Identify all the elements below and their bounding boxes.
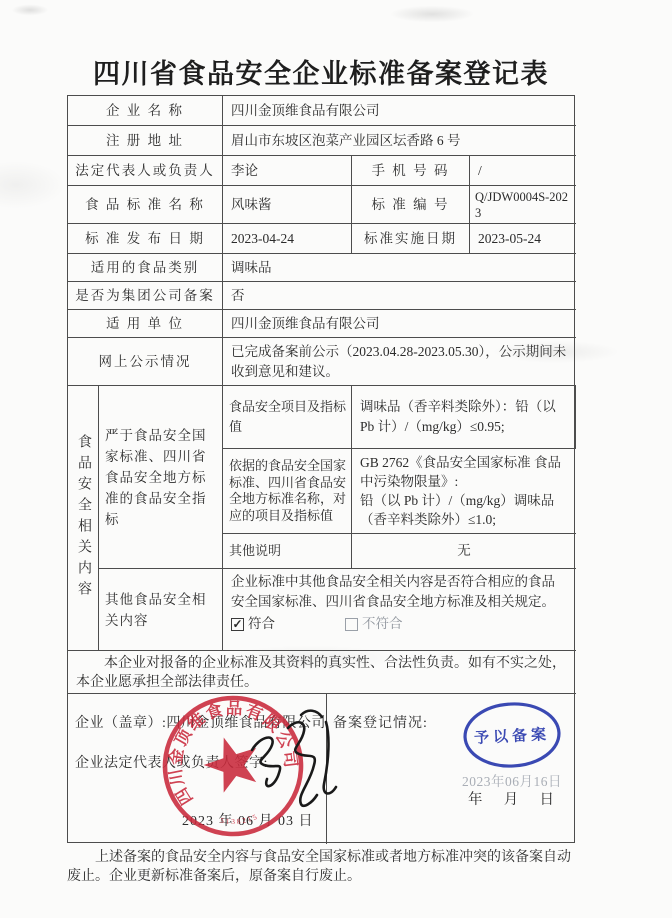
online-publicity-value: 已完成备案前公示（2023.04.28-2023.05.30），公示期间未收到意… <box>223 338 576 386</box>
impl-date-label: 标准实施日期 <box>352 224 470 254</box>
checkbox-nonconform: 不符合 <box>345 614 403 634</box>
standard-name-value: 风味酱 <box>223 186 352 224</box>
other-safety-content-cell: 企业标准中其他食品安全相关内容是否符合相应的食品安全国家标准、四川省食品安全地方… <box>223 569 576 651</box>
stricter-indicator-label: 严于食品安全国家标准、四川省食品安全地方标准的食品安全指标 <box>99 386 223 569</box>
basis-standard-label: 依据的食品安全国家标准、四川省食品安全地方标准名称，对应的项目及指标值 <box>223 449 352 534</box>
year-month-day-line: 年 月 日 <box>468 788 554 809</box>
group-filing-label: 是否为集团公司备案 <box>68 282 223 310</box>
safety-item-value: 调味品（香辛料类除外）：铅（以 Pb 计）/（mg/kg）≤0.95; <box>352 386 576 449</box>
phone-value: / <box>470 156 576 186</box>
applicable-unit-label: 适 用 单 位 <box>68 310 223 338</box>
standard-no-value: Q/JDW0004S-2023 <box>470 186 576 224</box>
approval-stamp-text: 予以备案 <box>474 725 551 747</box>
standard-name-label: 食 品 标 准 名 称 <box>68 186 223 224</box>
other-note-value: 无 <box>352 534 576 569</box>
other-note-label: 其他说明 <box>223 534 352 569</box>
conformity-checkboxes: ✓ 符合 不符合 <box>231 614 568 634</box>
footnote-text: 上述备案的食品安全内容与食品安全国家标准或者地方标准冲突的该备案自动废止。企业更… <box>67 849 577 886</box>
applicable-unit-value: 四川金顶维食品有限公司 <box>223 310 576 338</box>
declaration-text: 本企业对报备的企业标准及其资料的真实性、合法性负责。如有不实之处，本企业愿承担全… <box>68 651 576 694</box>
basis-standard-line1: GB 2762《食品安全国家标准 食品中污染物限量》: <box>360 453 568 491</box>
other-safety-content-label: 其他食品安全相关内容 <box>99 569 223 651</box>
standard-no-label: 标 准 编 号 <box>352 186 470 224</box>
registered-address-label: 注 册 地 址 <box>68 126 223 156</box>
approval-stamp-date: 2023年06月16日 <box>440 770 584 790</box>
issue-date-value: 2023-04-24 <box>223 224 352 254</box>
legal-rep-label: 法定代表人或负责人 <box>68 156 223 186</box>
month-char: 月 <box>504 788 519 809</box>
impl-date-value: 2023-05-24 <box>470 224 576 254</box>
form-title: 四川省食品安全企业标准备案登记表 <box>67 52 575 91</box>
issue-date-label: 标 准 发 布 日 期 <box>68 224 223 254</box>
basis-standard-line2: 铅（以 Pb 计）/（mg/kg）调味品（香辛料类除外）≤1.0; <box>360 491 568 529</box>
basis-standard-value: GB 2762《食品安全国家标准 食品中污染物限量》: 铅（以 Pb 计）/（m… <box>352 449 576 534</box>
group-filing-value: 否 <box>223 282 576 310</box>
food-safety-section-label: 食品安全相关内容 <box>68 386 99 651</box>
company-name-value: 四川金顶维食品有限公司 <box>223 96 576 126</box>
other-safety-content-text: 企业标准中其他食品安全相关内容是否符合相应的食品安全国家标准、四川省食品安全地方… <box>231 572 568 612</box>
safety-item-label: 食品安全项目及指标值 <box>223 386 352 449</box>
online-publicity-label: 网上公示情况 <box>68 338 223 386</box>
scanned-registration-form: 四川省食品安全企业标准备案登记表 企 业 名 称 四川金顶维食品有限公司 注 册… <box>0 0 672 918</box>
conform-label: 符合 <box>248 614 275 634</box>
company-name-label: 企 业 名 称 <box>68 96 223 126</box>
checkbox-conform: ✓ 符合 <box>231 614 275 634</box>
checked-box-icon: ✓ <box>231 618 244 631</box>
legal-rep-value: 李论 <box>223 156 352 186</box>
approval-stamp: 予以备案 <box>457 699 567 773</box>
year-char: 年 <box>468 788 483 809</box>
nonconform-label: 不符合 <box>362 614 403 634</box>
phone-label: 手 机 号 码 <box>352 156 470 186</box>
food-category-label: 适用的食品类别 <box>68 254 223 282</box>
unchecked-box-icon <box>345 618 358 631</box>
food-category-value: 调味品 <box>223 254 576 282</box>
handwritten-signature <box>238 698 348 820</box>
registered-address-value: 眉山市东坡区泡菜产业园区坛香路 6 号 <box>223 126 576 156</box>
day-char: 日 <box>540 788 555 809</box>
